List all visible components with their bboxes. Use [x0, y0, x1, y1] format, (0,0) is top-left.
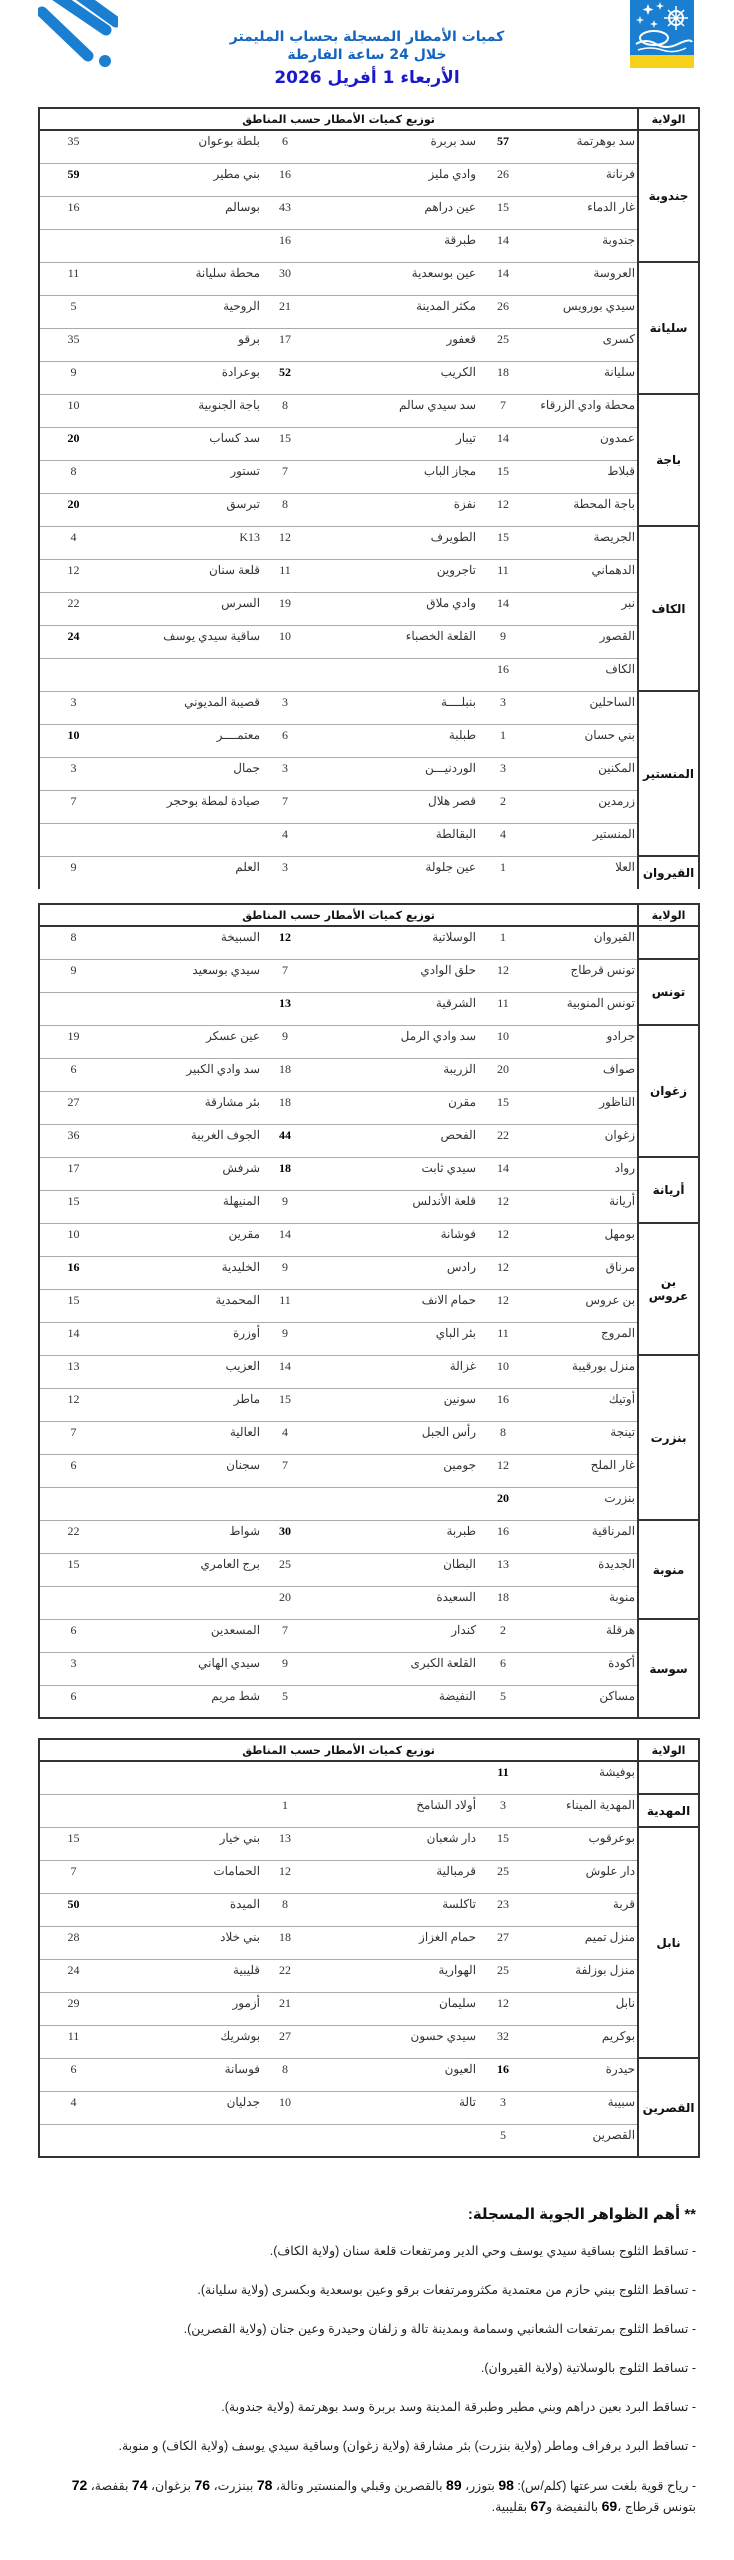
rainfall-value: 27 [262, 2025, 308, 2058]
table-row: المنستير4البقالطة4 [39, 823, 699, 856]
table-row: جندوبة14طبرقة16 [39, 229, 699, 262]
table-row: صواف20الزريبة18سد وادي الكبير6 [39, 1058, 699, 1091]
station-name: جمال [107, 757, 262, 790]
station-name: صيادة لمطة بوحجر [107, 790, 262, 823]
station-name: حمام الغزاز [308, 1926, 478, 1959]
rainfall-value: 4 [39, 526, 107, 559]
station-name: بوعرقوب [528, 1827, 638, 1860]
station-name: سد كساب [107, 427, 262, 460]
governorate-cell: القيروان [638, 856, 699, 889]
station-name: دار علوش [528, 1860, 638, 1893]
rainfall-value: 12 [478, 493, 528, 526]
rainfall-value: 7 [262, 1454, 308, 1487]
table-row: بنزرتمنزل بورقيبة10غزالة14العزيب13 [39, 1355, 699, 1388]
station-name: رواد [528, 1157, 638, 1190]
title-line-2: خلال 24 ساعة الفارطة [0, 46, 734, 64]
station-name: العروسة [528, 262, 638, 295]
table-row: دار علوش25قرمبالية12الحمامات7 [39, 1860, 699, 1893]
rainfall-value: 12 [478, 1223, 528, 1256]
table-row: المهديةالمهدية الميناء3أولاد الشامخ1 [39, 1794, 699, 1827]
station-name: الجوف الغربية [107, 1124, 262, 1157]
table-row: جندوبةسد بوهرتمة57سد بربرة6بلطة بوعوان35 [39, 130, 699, 163]
wind-speed-value: 74 [132, 2477, 148, 2493]
rainfall-value [39, 1586, 107, 1619]
rainfall-value: 50 [39, 1893, 107, 1926]
table-row: زغوانجرادو10سد وادي الرمل9عين عسكر19 [39, 1025, 699, 1058]
rainfall-value: 3 [478, 691, 528, 724]
table-row: الكاف16 [39, 658, 699, 691]
station-name: الهوارية [308, 1959, 478, 1992]
table-row: الدهماني11تاجروين11قلعة سنان12 [39, 559, 699, 592]
table-row: بن عروسبومهل12فوشانة14مقرين10 [39, 1223, 699, 1256]
wind-speed-value: 67 [531, 2498, 547, 2514]
station-name: المحمدية [107, 1289, 262, 1322]
station-name: طبلبة [308, 724, 478, 757]
table-row: منزل بوزلفة25الهوارية22قليبية24 [39, 1959, 699, 1992]
station-name: عين جلولة [308, 856, 478, 889]
station-name: ساقية سيدي يوسف [107, 625, 262, 658]
governorate-cell: سليانة [638, 262, 699, 394]
rainfall-value: 9 [262, 1025, 308, 1058]
rainfall-value: 1 [478, 856, 528, 889]
rainfall-value: 15 [39, 1827, 107, 1860]
rainfall-value: 4 [262, 1421, 308, 1454]
table-row: سليانةالعروسة14عين بوسعدية30محطة سليانة1… [39, 262, 699, 295]
rainfall-value: 14 [478, 427, 528, 460]
rainfall-value: 14 [478, 262, 528, 295]
rainfall-value: 6 [39, 1685, 107, 1718]
station-name: تاكلسة [308, 1893, 478, 1926]
rainfall-value: 32 [478, 2025, 528, 2058]
rainfall-value [39, 2124, 107, 2157]
table-row: سوسةهرقلة2كندار7المسعدين6 [39, 1619, 699, 1652]
governorate-cell: بن عروس [638, 1223, 699, 1355]
station-name: معتمــــر [107, 724, 262, 757]
table-row: المنستيرالساحلين3بنبلــــة3قصيبة المديون… [39, 691, 699, 724]
rainfall-value: 20 [478, 1058, 528, 1091]
table-row: أكودة6القلعة الكبرى9سيدي الهاني3 [39, 1652, 699, 1685]
wind-prefix: - رياح قوية بلغت سرعتها (كلم/س): [514, 2479, 696, 2493]
station-name: البطان [308, 1553, 478, 1586]
station-name: دار شعبان [308, 1827, 478, 1860]
rainfall-value: 12 [478, 959, 528, 992]
station-name: القلعة الخصباء [308, 625, 478, 658]
station-name: وادي مليز [308, 163, 478, 196]
station-name: زرمدين [528, 790, 638, 823]
station-name: البقالطة [308, 823, 478, 856]
rainfall-value: 17 [39, 1157, 107, 1190]
table-row: سيدي بورويس26مكثر المدينة21الروحية5 [39, 295, 699, 328]
governorate-cell: المهدية [638, 1794, 699, 1827]
station-name: الفحص [308, 1124, 478, 1157]
rainfall-value: 8 [478, 1421, 528, 1454]
station-name: بني خلاد [107, 1926, 262, 1959]
station-name: مساكن [528, 1685, 638, 1718]
governorate-cell: أريانة [638, 1157, 699, 1223]
station-name: أريانة [528, 1190, 638, 1223]
rainfall-value: 30 [262, 262, 308, 295]
station-name: قربة [528, 1893, 638, 1926]
table-row: مرناق12رادس9الخليدية16 [39, 1256, 699, 1289]
rainfall-table: الولايةتوزيع كميات الأمطار حسب المناطقبو… [38, 1738, 700, 2158]
station-name: غار الدماء [528, 196, 638, 229]
station-name: جومين [308, 1454, 478, 1487]
station-name: بومهل [528, 1223, 638, 1256]
rainfall-value: 3 [262, 856, 308, 889]
rainfall-value: 7 [262, 1619, 308, 1652]
station-name: سيدي ثابت [308, 1157, 478, 1190]
station-name: أوزرة [107, 1322, 262, 1355]
rainfall-value: 7 [262, 959, 308, 992]
rainfall-value: 13 [478, 1553, 528, 1586]
station-name [107, 229, 262, 262]
station-name: الوردنيـــن [308, 757, 478, 790]
rainfall-value: 15 [39, 1190, 107, 1223]
rainfall-value: 11 [39, 2025, 107, 2058]
station-name: سجنان [107, 1454, 262, 1487]
rainfall-value: 36 [39, 1124, 107, 1157]
station-name: العلم [107, 856, 262, 889]
station-name: حلق الوادي [308, 959, 478, 992]
table-row: قبلاط15مجاز الباب7تستور8 [39, 460, 699, 493]
station-name: بئر مشارقة [107, 1091, 262, 1124]
rainfall-value: 9 [262, 1256, 308, 1289]
station-name: جدليان [107, 2091, 262, 2124]
rainfall-value: 44 [262, 1124, 308, 1157]
wind-note: - رياح قوية بلغت سرعتها (كلم/س): 98 بتوز… [36, 2475, 696, 2517]
rainfall-value: 19 [39, 1025, 107, 1058]
table-row: زغوان22الفحص44الجوف الغربية36 [39, 1124, 699, 1157]
rainfall-value: 15 [478, 196, 528, 229]
rainfall-value: 10 [39, 1223, 107, 1256]
station-name: الجريصة [528, 526, 638, 559]
station-name: مقرين [107, 1223, 262, 1256]
rainfall-value [39, 1761, 107, 1794]
station-name: أزمور [107, 1992, 262, 2025]
rainfall-value: 17 [262, 328, 308, 361]
rainfall-value: 4 [478, 823, 528, 856]
station-name: سيدي بورويس [528, 295, 638, 328]
station-name: منزل تميم [528, 1926, 638, 1959]
rainfall-value: 25 [478, 328, 528, 361]
rainfall-value: 11 [478, 559, 528, 592]
note-item: - تساقط البرد بعين دراهم وبني مطير وطبرق… [36, 2397, 696, 2417]
station-name: بوشريك [107, 2025, 262, 2058]
rainfall-value: 11 [262, 559, 308, 592]
station-name: المنيهلة [107, 1190, 262, 1223]
governorate-cell: باجة [638, 394, 699, 526]
station-name: تيبار [308, 427, 478, 460]
station-name: الجديدة [528, 1553, 638, 1586]
station-name [107, 992, 262, 1025]
governorate-cell [638, 1761, 699, 1794]
rainfall-value: 11 [478, 1322, 528, 1355]
report-title: كميات الأمطار المسجلة بحساب المليمتر خلا… [0, 28, 734, 64]
table-row: غار الدماء15عين دراهم43بوسالم16 [39, 196, 699, 229]
rainfall-value: 8 [39, 460, 107, 493]
station-name: الساحلين [528, 691, 638, 724]
table-row: باجة المحطة12نفزة8تبرسق20 [39, 493, 699, 526]
station-name: نبر [528, 592, 638, 625]
report-date: الأربعاء 1 أفريل 2026 [0, 68, 734, 88]
station-name: نابل [528, 1992, 638, 2025]
station-name: العيون [308, 2058, 478, 2091]
rainfall-value: 16 [262, 163, 308, 196]
rainfall-value: 20 [478, 1487, 528, 1520]
rainfall-value: 6 [39, 1619, 107, 1652]
station-name: سيدي الهاني [107, 1652, 262, 1685]
station-name: الزريبة [308, 1058, 478, 1091]
rainfall-value: 9 [478, 625, 528, 658]
table-row: القصرين5 [39, 2124, 699, 2157]
rainfall-value: 16 [478, 1520, 528, 1553]
rainfall-value: 12 [262, 926, 308, 959]
note-item: - تساقط البرد برفراف وماطر (ولاية بنزرت)… [36, 2436, 696, 2456]
table-row: الناظور15مقرن18بئر مشارقة27 [39, 1091, 699, 1124]
rainfall-value [262, 658, 308, 691]
rainfall-value: 27 [478, 1926, 528, 1959]
station-name: غزالة [308, 1355, 478, 1388]
table-row: باجةمحطة وادي الزرقاء7سد سيدي سالم8باجة … [39, 394, 699, 427]
rainfall-value: 7 [262, 790, 308, 823]
station-name: منزل بوزلفة [528, 1959, 638, 1992]
station-name: قليبية [107, 1959, 262, 1992]
station-name: زغوان [528, 1124, 638, 1157]
rainfall-value: 30 [262, 1520, 308, 1553]
governorate-cell: سوسة [638, 1619, 699, 1718]
governorate-cell: جندوبة [638, 130, 699, 262]
notes-heading: ** أهم الظواهر الجوية المسجلة: [36, 2205, 696, 2223]
rainfall-value [262, 1487, 308, 1520]
governorate-cell: نابل [638, 1827, 699, 2058]
station-name: قعفور [308, 328, 478, 361]
rainfall-value [39, 229, 107, 262]
station-name: فرنانة [528, 163, 638, 196]
table-row: قربة23تاكلسة8الميدة50 [39, 1893, 699, 1926]
station-name: طبرقة [308, 229, 478, 262]
rainfall-value: 9 [39, 361, 107, 394]
rainfall-value: 3 [478, 2091, 528, 2124]
governorate-cell: القصرين [638, 2058, 699, 2157]
table-row: المروج11بئر الباي9أوزرة14 [39, 1322, 699, 1355]
rainfall-value: 24 [39, 1959, 107, 1992]
table-row: المكنين3الوردنيـــن3جمال3 [39, 757, 699, 790]
rainfall-value: 15 [478, 1091, 528, 1124]
governorate-cell: الكاف [638, 526, 699, 691]
rainfall-value: 15 [478, 526, 528, 559]
station-name: فوسانة [107, 2058, 262, 2091]
rainfall-value [262, 1761, 308, 1794]
station-name: القصرين [528, 2124, 638, 2157]
note-item: - تساقط الثلوج ببني حازم من معتمدية مكثر… [36, 2280, 696, 2300]
rainfall-value: 3 [39, 1652, 107, 1685]
rainfall-value: 9 [262, 1652, 308, 1685]
rainfall-value: 23 [478, 1893, 528, 1926]
page-header: كميات الأمطار المسجلة بحساب المليمتر خلا… [0, 0, 734, 100]
table-row: أوتيك16سونين15ماطر12 [39, 1388, 699, 1421]
station-name [107, 1586, 262, 1619]
table-row: كسرى25قعفور17برقو35 [39, 328, 699, 361]
station-name: رادس [308, 1256, 478, 1289]
table-row: عمدون14تيبار15سد كساب20 [39, 427, 699, 460]
station-name: مقرن [308, 1091, 478, 1124]
table-row: منوبة18السعيدة20 [39, 1586, 699, 1619]
station-name: قبلاط [528, 460, 638, 493]
rainfall-value: 18 [262, 1157, 308, 1190]
station-name: حيدرة [528, 2058, 638, 2091]
station-name: سيدي حسون [308, 2025, 478, 2058]
station-name: قرمبالية [308, 1860, 478, 1893]
table-row: القصرينحيدرة16العيون8فوسانة6 [39, 2058, 699, 2091]
table-row: الكافالجريصة15الطويرف12K134 [39, 526, 699, 559]
station-name: قصيبة المديوني [107, 691, 262, 724]
rainfall-value: 13 [39, 1355, 107, 1388]
rainfall-value: 12 [39, 559, 107, 592]
rainfall-value: 1 [478, 926, 528, 959]
wind-speed-value: 76 [195, 2477, 211, 2493]
station-name: المروج [528, 1322, 638, 1355]
station-name: تينجة [528, 1421, 638, 1454]
table-row: بوكريم32سيدي حسون27بوشريك11 [39, 2025, 699, 2058]
rainfall-value: 15 [39, 1289, 107, 1322]
rainfall-value: 12 [262, 526, 308, 559]
rainfall-value: 5 [478, 2124, 528, 2157]
table-row: نابل12سليمان21أزمور29 [39, 1992, 699, 2025]
rainfall-value: 14 [262, 1355, 308, 1388]
governorate-cell: زغوان [638, 1025, 699, 1157]
rainfall-value: 2 [478, 790, 528, 823]
rainfall-value: 10 [39, 394, 107, 427]
station-name: قلعة سنان [107, 559, 262, 592]
station-name: العالية [107, 1421, 262, 1454]
title-line-1: كميات الأمطار المسجلة بحساب المليمتر [0, 28, 734, 46]
rainfall-value: 7 [39, 1421, 107, 1454]
station-name: القصور [528, 625, 638, 658]
governorate-cell: تونس [638, 959, 699, 1025]
weather-notes: ** أهم الظواهر الجوية المسجلة: - تساقط ا… [36, 2205, 696, 2536]
rainfall-value: 11 [478, 992, 528, 1025]
rainfall-value: 27 [39, 1091, 107, 1124]
station-name: عين دراهم [308, 196, 478, 229]
rainfall-value: 7 [478, 394, 528, 427]
station-name [107, 823, 262, 856]
station-name: القلعة الكبرى [308, 1652, 478, 1685]
station-name: شط مريم [107, 1685, 262, 1718]
station-name: غار الملح [528, 1454, 638, 1487]
rainfall-value: 22 [39, 592, 107, 625]
station-name: المنستير [528, 823, 638, 856]
rainfall-table: الولايةتوزيع كميات الأمطار حسب المناطقال… [38, 903, 700, 1719]
wind-speed-value: 72 [72, 2477, 88, 2493]
station-name: العلا [528, 856, 638, 889]
station-name: برقو [107, 328, 262, 361]
wind-speed-value: 98 [498, 2477, 514, 2493]
rainfall-value: 20 [39, 427, 107, 460]
rainfall-value: 3 [478, 757, 528, 790]
rainfall-value: 20 [262, 1586, 308, 1619]
rainfall-value: 3 [478, 1794, 528, 1827]
rainfall-value: 16 [478, 1388, 528, 1421]
station-name: باجة الجنوبية [107, 394, 262, 427]
station-name: محطة وادي الزرقاء [528, 394, 638, 427]
station-name: بوكريم [528, 2025, 638, 2058]
rainfall-value: 8 [262, 493, 308, 526]
table-row: غار الملح12جومين7سجنان6 [39, 1454, 699, 1487]
station-name: تاجروين [308, 559, 478, 592]
rainfall-value: 43 [262, 196, 308, 229]
station-name: بني حسان [528, 724, 638, 757]
rainfall-value: 10 [39, 724, 107, 757]
rainfall-value: 24 [39, 625, 107, 658]
rainfall-value: 12 [478, 1190, 528, 1223]
station-name: بوعرادة [107, 361, 262, 394]
station-name: تونس المنوبية [528, 992, 638, 1025]
station-name: الكاف [528, 658, 638, 691]
rainfall-value: 6 [262, 130, 308, 163]
rainfall-value: 14 [262, 1223, 308, 1256]
rainfall-value: 11 [478, 1761, 528, 1794]
governorate-cell [638, 926, 699, 959]
rainfall-value: 7 [262, 460, 308, 493]
station-name: القيروان [528, 926, 638, 959]
station-name: بني مطير [107, 163, 262, 196]
station-name: العزيب [107, 1355, 262, 1388]
station-name: صواف [528, 1058, 638, 1091]
rainfall-value: 9 [39, 959, 107, 992]
rainfall-value: 12 [478, 1992, 528, 2025]
station-name: أوتيك [528, 1388, 638, 1421]
station-name: الطويرف [308, 526, 478, 559]
header-distribution: توزيع كميات الأمطار حسب المناطق [39, 108, 638, 130]
table-row: أريانةرواد14سيدي ثابت18شرفش17 [39, 1157, 699, 1190]
rainfall-value: 19 [262, 592, 308, 625]
rainfall-value: 14 [39, 1322, 107, 1355]
rainfall-value: 18 [478, 1586, 528, 1619]
rainfall-value: 16 [39, 196, 107, 229]
station-name: مجاز الباب [308, 460, 478, 493]
station-name: بوسالم [107, 196, 262, 229]
rainfall-value: 6 [262, 724, 308, 757]
table-row: سبيبة3تالة10جدليان4 [39, 2091, 699, 2124]
rainfall-value: 22 [262, 1959, 308, 1992]
station-name: كندار [308, 1619, 478, 1652]
rainfall-value: 25 [478, 1860, 528, 1893]
rainfall-value: 12 [39, 1388, 107, 1421]
station-name: سيدي بوسعيد [107, 959, 262, 992]
header-governorate: الولاية [638, 904, 699, 926]
station-name: النفيضة [308, 1685, 478, 1718]
rainfall-value: 12 [478, 1454, 528, 1487]
rainfall-value: 15 [262, 1388, 308, 1421]
station-name: برج العامري [107, 1553, 262, 1586]
rainfall-value: 8 [262, 394, 308, 427]
rainfall-value: 10 [478, 1355, 528, 1388]
rainfall-value: 16 [478, 658, 528, 691]
station-name: سليمان [308, 1992, 478, 2025]
rainfall-value: 11 [39, 262, 107, 295]
station-name: نفزة [308, 493, 478, 526]
table-row: فرنانة26وادي مليز16بني مطير59 [39, 163, 699, 196]
rainfall-value [39, 1487, 107, 1520]
station-name: الخليدية [107, 1256, 262, 1289]
station-name [107, 1794, 262, 1827]
station-name [107, 658, 262, 691]
station-name: بوفيشة [528, 1761, 638, 1794]
rainfall-value: 6 [39, 2058, 107, 2091]
station-name: جرادو [528, 1025, 638, 1058]
station-name: قلعة الأندلس [308, 1190, 478, 1223]
rainfall-value: 9 [262, 1190, 308, 1223]
